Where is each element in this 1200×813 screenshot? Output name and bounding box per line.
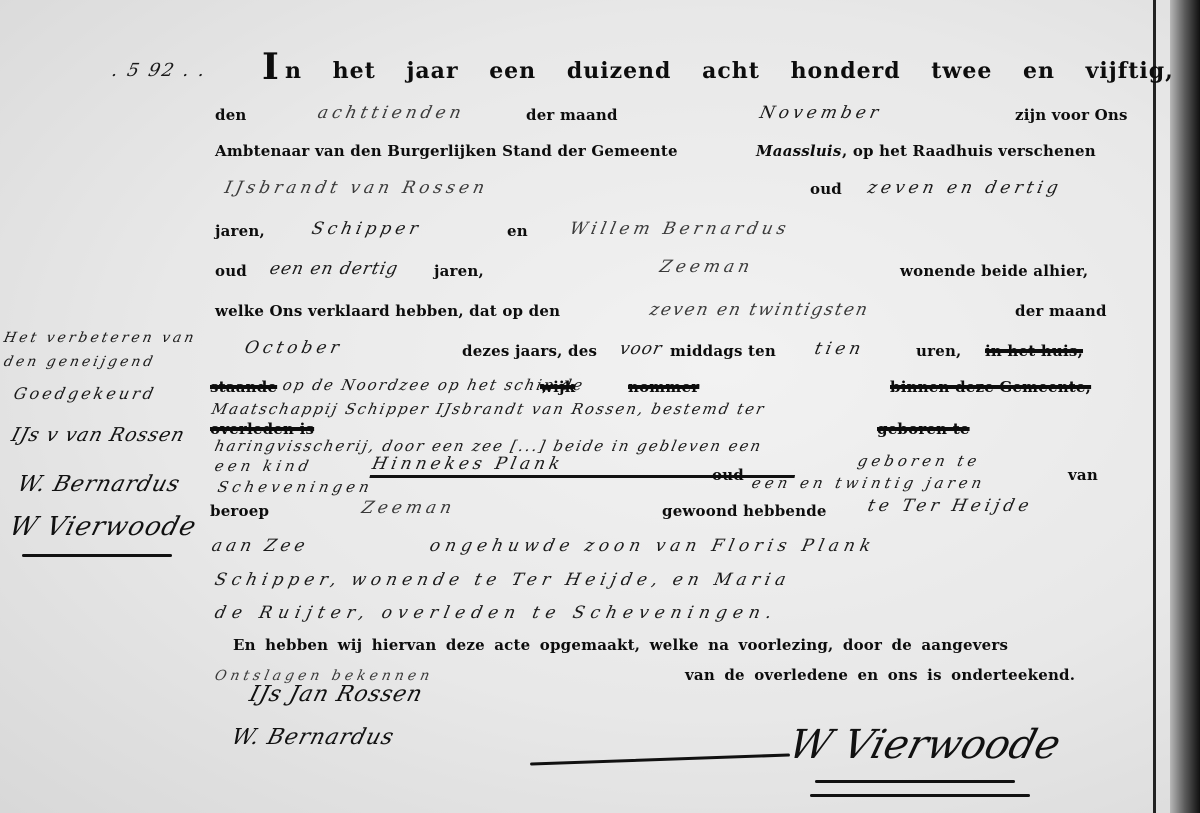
margin-note-line2: den geneijgend xyxy=(2,354,157,370)
field-born-place: Scheveningen xyxy=(216,478,375,496)
label-beroep: beroep xyxy=(210,502,269,520)
margin-note-line1: Het verbeteren van xyxy=(2,330,198,346)
field-born-age: een en twintig jaren xyxy=(750,474,987,492)
field-occupation: Zeeman xyxy=(360,498,457,518)
heading-year-text: n het jaar een duizend acht honderd twee… xyxy=(285,58,1174,84)
heading-initial: I xyxy=(262,46,279,88)
record-number: . 5 92 . . xyxy=(110,60,209,81)
document-page: . 5 92 . . I n het jaar een duizend acht… xyxy=(0,0,1200,813)
field-declarant2-occupation: Zeeman xyxy=(658,257,755,277)
field-hour: tien xyxy=(813,339,867,359)
margin-signature-bernardus: W. Bernardus xyxy=(15,472,184,497)
label-overleden-is-struck: overleden is xyxy=(210,420,314,438)
field-born-text: geboren te xyxy=(856,452,982,470)
label-dezes-jaars: dezes jaars, des xyxy=(462,342,597,360)
label-van: van xyxy=(1068,466,1098,484)
label-staande-struck: staande xyxy=(210,378,277,396)
field-residence: te Ter Heijde xyxy=(866,496,1035,516)
page-edge-shadow xyxy=(1170,0,1200,813)
margin-note-line3: Goedgekeurd xyxy=(12,384,158,403)
label-wijk-struck: wijk xyxy=(540,378,575,396)
field-declarant2-name: Willem Bernardus xyxy=(568,219,792,239)
closing-line2: van de overledene en ons is onderteekend… xyxy=(685,666,1075,684)
field-death-day: zeven en twintigsten xyxy=(648,300,871,320)
label-geboren-te-struck: geboren te xyxy=(877,420,970,438)
label-der-maand: der maand xyxy=(526,106,618,124)
closing-line1: En hebben wij hiervan deze acte opgemaak… xyxy=(233,636,1008,654)
signature-van-rossen: IJs Jan Rossen xyxy=(247,682,426,707)
label-oud-1: oud xyxy=(810,180,842,198)
label-en: en xyxy=(507,222,528,240)
field-declarant1-age: zeven en dertig xyxy=(866,178,1064,198)
field-day: achttienden xyxy=(316,103,467,123)
field-parents-line3: de Ruijter, overleden te Scheveningen. xyxy=(213,603,780,623)
field-location-line3: haringvisscherij, door een zee [...] bei… xyxy=(213,437,764,455)
signature-bernardus: W. Bernardus xyxy=(229,725,398,750)
official-signature-lead-stroke xyxy=(530,753,790,765)
label-der-maand-2: der maand xyxy=(1015,302,1107,320)
label-ambtenaar: Ambtenaar van den Burgerlijken Stand der… xyxy=(215,142,678,160)
label-in-het-huis-struck: in het huis, xyxy=(985,342,1083,360)
label-gewoond: gewoond hebbende xyxy=(662,502,827,520)
margin-signature-van-rossen: IJs v van Rossen xyxy=(9,424,188,446)
label-raadhuis: , op het Raadhuis verschenen xyxy=(842,142,1096,160)
field-declarant1-occupation: Schipper xyxy=(310,219,424,239)
label-jaren-1: jaren, xyxy=(215,222,265,240)
label-oud-2: oud xyxy=(215,262,247,280)
field-parents-line1: ongehuwde zoon van Floris Plank xyxy=(428,536,877,556)
label-den: den xyxy=(215,106,247,124)
label-middags-ten: middags ten xyxy=(670,342,776,360)
margin-signature-flourish xyxy=(22,554,172,557)
field-residence-cont: aan Zee xyxy=(210,536,311,556)
label-zijn-voor-ons: zijn voor Ons xyxy=(1015,106,1128,124)
field-month: November xyxy=(758,103,884,123)
label-jaren-2: jaren, xyxy=(434,262,484,280)
label-nommer-struck: nommer xyxy=(628,378,699,396)
field-time-of-day: voor xyxy=(618,339,664,359)
field-location-line2: Maatschappij Schipper IJsbrandt van Ross… xyxy=(210,400,767,418)
page-margin-rule xyxy=(1153,0,1156,813)
field-death-month: October xyxy=(243,338,345,358)
label-oud-3: oud xyxy=(712,466,744,484)
field-declarant2-age: een en dertig xyxy=(268,259,400,279)
label-uren: uren, xyxy=(916,342,961,360)
label-wonende: wonende beide alhier, xyxy=(900,262,1088,280)
field-deceased-prefix: een kind xyxy=(213,457,314,475)
signature-official: W Vierwoode xyxy=(784,722,1066,768)
official-signature-flourish-1 xyxy=(815,780,1015,783)
field-declarant1-name: IJsbrandt van Rossen xyxy=(223,178,490,198)
official-signature-flourish-2 xyxy=(810,794,1030,797)
field-parents-line2: Schipper, wonende te Ter Heijde, en Mari… xyxy=(213,570,793,590)
gemeente-name: Maassluis xyxy=(756,142,841,160)
label-welke: welke Ons verklaard hebben, dat op den xyxy=(215,302,560,320)
margin-signature-vierwoode: W Vierwoode xyxy=(6,512,200,542)
label-binnen-gemeente-struck: binnen deze Gemeente, xyxy=(890,378,1091,396)
